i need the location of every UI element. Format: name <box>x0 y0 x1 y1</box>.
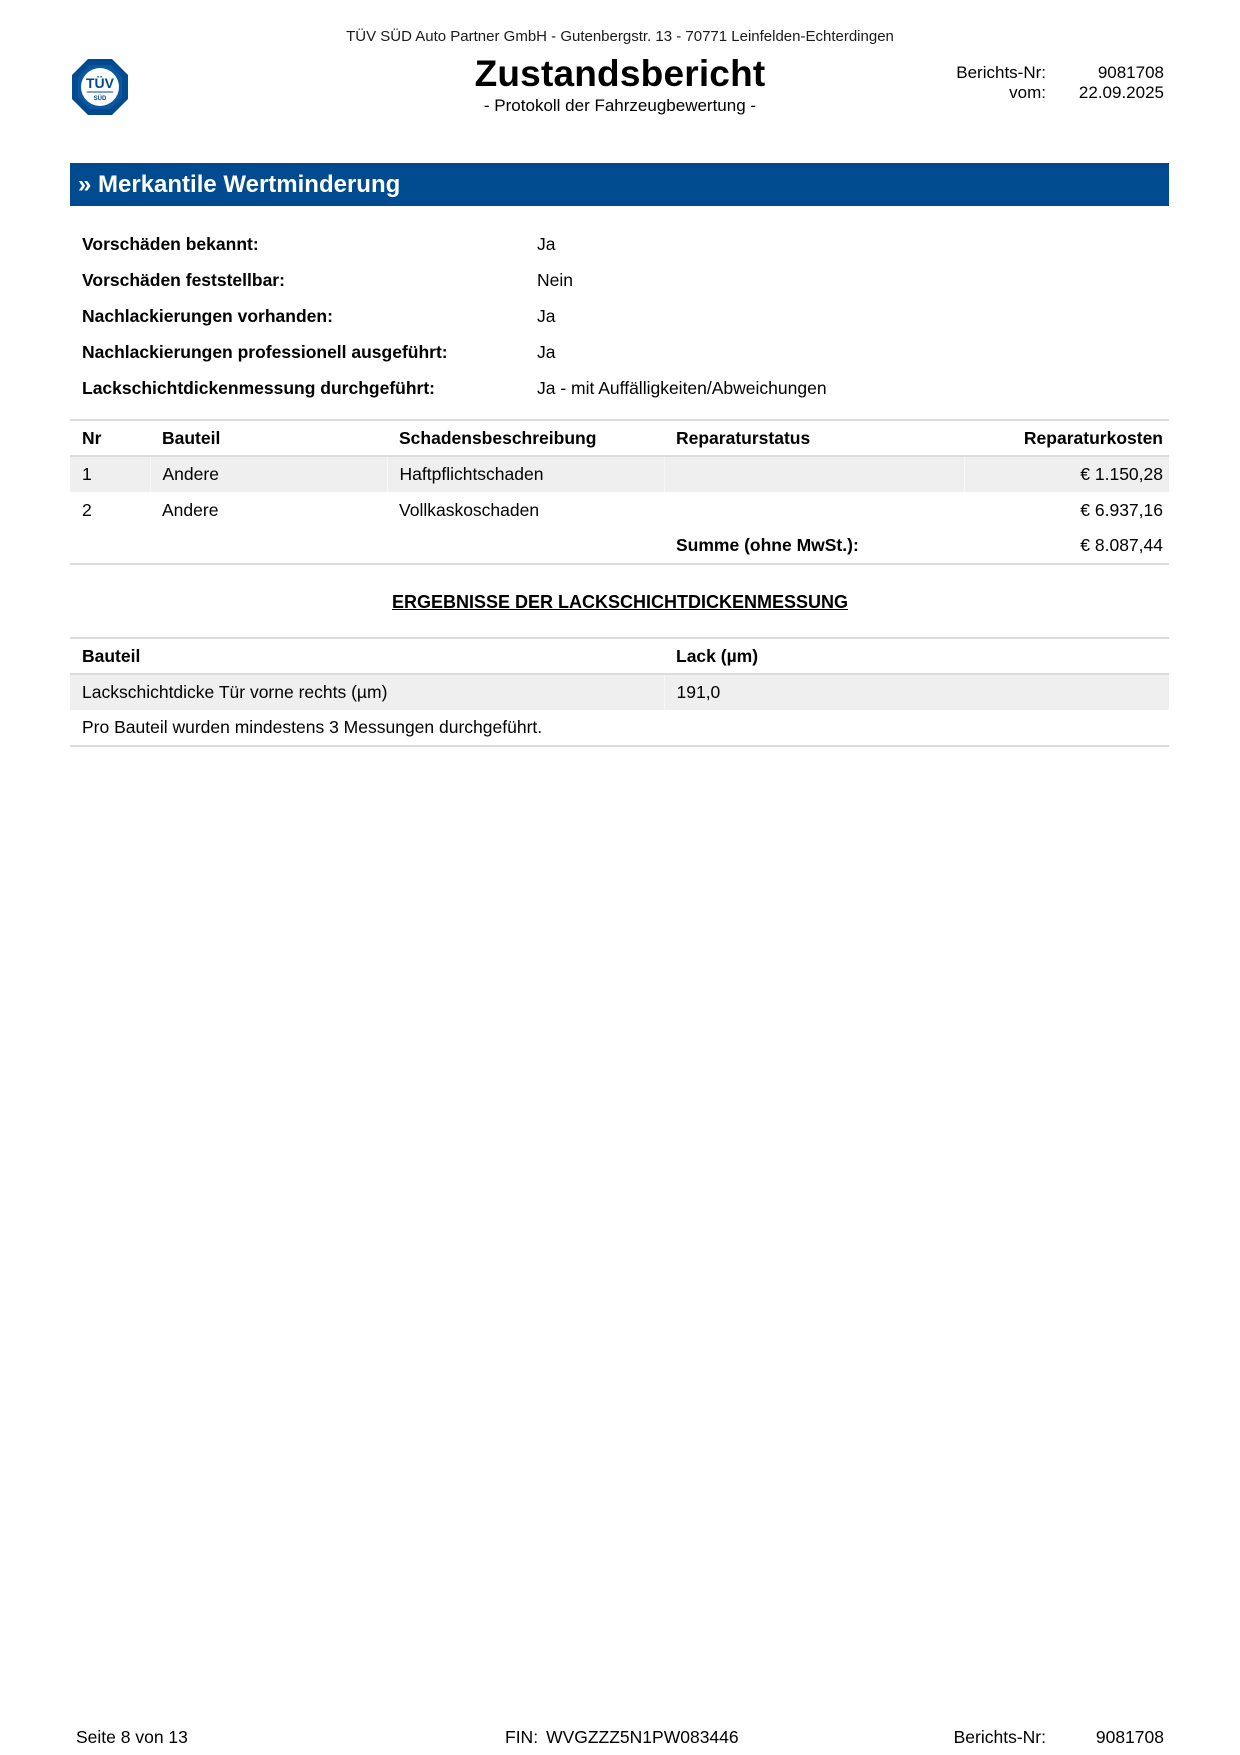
cell-kosten: € 1.150,28 <box>964 456 1169 492</box>
fact-label: Nachlackierungen professionell ausgeführ… <box>82 342 537 363</box>
table-row: 1 Andere Haftpflichtschaden € 1.150,28 <box>70 456 1169 492</box>
fact-row: Lackschichtdickenmessung durchgeführt: J… <box>82 370 1162 406</box>
fact-value: Ja <box>537 342 555 363</box>
cell-beschreibung: Vollkaskoschaden <box>387 492 664 528</box>
fact-row: Vorschäden bekannt: Ja <box>82 226 1162 262</box>
page-number: Seite 8 von 13 <box>76 1727 188 1748</box>
fact-value: Ja <box>537 234 555 255</box>
column-header-bauteil: Bauteil <box>150 420 387 456</box>
cell-status <box>664 456 964 492</box>
fact-row: Nachlackierungen professionell ausgeführ… <box>82 334 1162 370</box>
sum-value: € 8.087,44 <box>964 528 1169 564</box>
fact-row: Vorschäden feststellbar: Nein <box>82 262 1162 298</box>
column-header-nr: Nr <box>70 420 150 456</box>
report-meta: Berichts-Nr: 9081708 vom: 22.09.2025 <box>926 63 1164 103</box>
table-row: 2 Andere Vollkaskoschaden € 6.937,16 <box>70 492 1169 528</box>
table-header-row: Bauteil Lack (µm) <box>70 638 1169 674</box>
cell-bauteil: Andere <box>150 492 387 528</box>
paint-thickness-table: Bauteil Lack (µm) Lackschichtdicke Tür v… <box>70 637 1169 747</box>
damage-facts-list: Vorschäden bekannt: Ja Vorschäden festst… <box>82 226 1162 406</box>
fact-label: Lackschichtdickenmessung durchgeführt: <box>82 378 537 399</box>
sum-label: Summe (ohne MwSt.): <box>664 528 964 564</box>
report-date-label: vom: <box>926 83 1046 103</box>
cell-status <box>664 492 964 528</box>
table-header-row: Nr Bauteil Schadensbeschreibung Reparatu… <box>70 420 1169 456</box>
column-header-lack: Lack (µm) <box>664 638 1169 674</box>
company-address-line: TÜV SÜD Auto Partner GmbH - Gutenbergstr… <box>0 28 1240 45</box>
column-header-bauteil: Bauteil <box>70 638 664 674</box>
table-row: Lackschichtdicke Tür vorne rechts (µm) 1… <box>70 674 1169 710</box>
cell-lack: 191,0 <box>664 674 1169 710</box>
report-date: 22.09.2025 <box>1046 83 1164 103</box>
fact-label: Vorschäden feststellbar: <box>82 270 537 291</box>
sum-row: Summe (ohne MwSt.): € 8.087,44 <box>70 528 1169 564</box>
section-header-merkantile-wertminderung: » Merkantile Wertminderung <box>70 163 1169 206</box>
cell-bauteil: Andere <box>150 456 387 492</box>
fin: FIN:WVGZZZ5N1PW083446 <box>505 1727 739 1748</box>
report-number-label: Berichts-Nr: <box>926 63 1046 83</box>
fact-value: Ja <box>537 306 555 327</box>
paint-results-title: ERGEBNISSE DER LACKSCHICHTDICKENMESSUNG <box>0 592 1240 613</box>
report-number: 9081708 <box>1046 63 1164 83</box>
cell-nr: 1 <box>70 456 150 492</box>
fact-row: Nachlackierungen vorhanden: Ja <box>82 298 1162 334</box>
column-header-reparaturkosten: Reparaturkosten <box>964 420 1169 456</box>
cell-beschreibung: Haftpflichtschaden <box>387 456 664 492</box>
column-header-schadensbeschreibung: Schadensbeschreibung <box>387 420 664 456</box>
damage-table: Nr Bauteil Schadensbeschreibung Reparatu… <box>70 419 1169 565</box>
fact-value: Ja - mit Auffälligkeiten/Abweichungen <box>537 378 827 399</box>
cell-kosten: € 6.937,16 <box>964 492 1169 528</box>
footer-report-number-label: Berichts-Nr: <box>954 1727 1046 1748</box>
fact-value: Nein <box>537 270 573 291</box>
footer-report-number-value: 9081708 <box>1046 1727 1164 1748</box>
measurement-note-row: Pro Bauteil wurden mindestens 3 Messunge… <box>70 710 1169 746</box>
cell-bauteil: Lackschichtdicke Tür vorne rechts (µm) <box>70 674 664 710</box>
column-header-reparaturstatus: Reparaturstatus <box>664 420 964 456</box>
cell-nr: 2 <box>70 492 150 528</box>
measurement-note: Pro Bauteil wurden mindestens 3 Messunge… <box>70 710 1169 746</box>
fact-label: Nachlackierungen vorhanden: <box>82 306 537 327</box>
fin-label: FIN: <box>505 1727 538 1747</box>
fin-value: WVGZZZ5N1PW083446 <box>546 1727 739 1747</box>
fact-label: Vorschäden bekannt: <box>82 234 537 255</box>
footer-report-number: Berichts-Nr: 9081708 <box>954 1727 1164 1748</box>
